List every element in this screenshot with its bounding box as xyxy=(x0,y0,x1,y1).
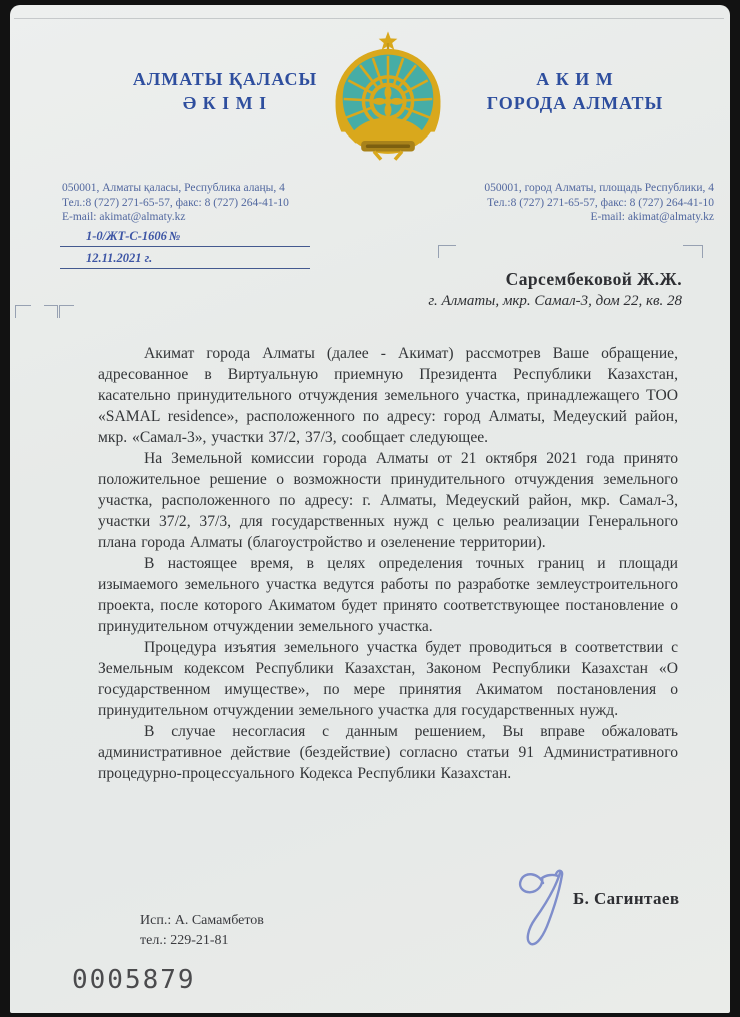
recipient-name: Сарсембековой Ж.Ж. xyxy=(262,269,682,290)
contact-block-russian: 050001, город Алматы, площадь Республики… xyxy=(404,181,714,225)
body-paragraph: В случае несогласия с данным решением, В… xyxy=(98,721,678,784)
contact-phone-kk: Тел.:8 (727) 271-65-57, факс: 8 (727) 26… xyxy=(62,196,372,211)
contact-phone-ru: Тел.:8 (727) 271-65-57, факс: 8 (727) 26… xyxy=(404,196,714,211)
recipient-block: Сарсембековой Ж.Ж. г. Алматы, мкр. Самал… xyxy=(262,269,682,310)
contact-block-kazakh: 050001, Алматы қаласы, Республика алаңы,… xyxy=(62,181,372,225)
handwritten-signature xyxy=(513,867,591,951)
letter-body: Акимат города Алматы (далее - Акимат) ра… xyxy=(98,343,678,784)
scan-fold-line xyxy=(14,18,724,19)
corner-mark xyxy=(438,245,456,258)
executor-block: Исп.: А. Самамбетов тел.: 229-21-81 xyxy=(140,911,264,951)
corner-mark xyxy=(44,305,58,318)
paper-sheet: АЛМАТЫ ҚАЛАСЫ Ә К І М І xyxy=(10,5,730,1013)
corner-mark xyxy=(15,305,31,318)
executor-name: Исп.: А. Самамбетов xyxy=(140,911,264,931)
issuer-title-russian-line1: А К И М xyxy=(430,67,720,91)
body-paragraph: Процедура изъятия земельного участка буд… xyxy=(98,637,678,721)
contact-address-kk: 050001, Алматы қаласы, Республика алаңы,… xyxy=(62,181,372,196)
contact-email-ru: E-mail: akimat@almaty.kz xyxy=(404,210,714,225)
recipient-address: г. Алматы, мкр. Самал-3, дом 22, кв. 28 xyxy=(262,293,682,310)
reference-date: 12.11.2021 г. xyxy=(86,251,152,265)
executor-phone: тел.: 229-21-81 xyxy=(140,931,264,951)
reference-block: 1-0/ЖТ-С-1606№ 12.11.2021 г. xyxy=(60,227,310,269)
reference-date-line: 12.11.2021 г. xyxy=(60,249,310,269)
contact-email-kk: E-mail: akimat@almaty.kz xyxy=(62,210,372,225)
reference-number-line: 1-0/ЖТ-С-1606№ xyxy=(60,227,310,247)
body-paragraph: Акимат города Алматы (далее - Акимат) ра… xyxy=(98,343,678,448)
issuer-title-russian-line2: ГОРОДА АЛМАТЫ xyxy=(430,91,720,115)
issuer-title-russian: А К И М ГОРОДА АЛМАТЫ xyxy=(430,67,720,115)
numero-sign: № xyxy=(169,229,180,243)
corner-mark xyxy=(683,245,703,258)
reference-number: 1-0/ЖТ-С-1606 xyxy=(86,229,167,243)
body-paragraph: На Земельной комиссии города Алматы от 2… xyxy=(98,448,678,553)
corner-mark xyxy=(59,305,74,318)
body-paragraph: В настоящее время, в целях определения т… xyxy=(98,553,678,637)
scanned-letter: АЛМАТЫ ҚАЛАСЫ Ә К І М І xyxy=(0,0,740,1017)
document-stamp-number: 0005879 xyxy=(72,965,196,995)
signer-name: Б. Сагинтаев xyxy=(573,889,679,909)
contact-address-ru: 050001, город Алматы, площадь Республики… xyxy=(404,181,714,196)
